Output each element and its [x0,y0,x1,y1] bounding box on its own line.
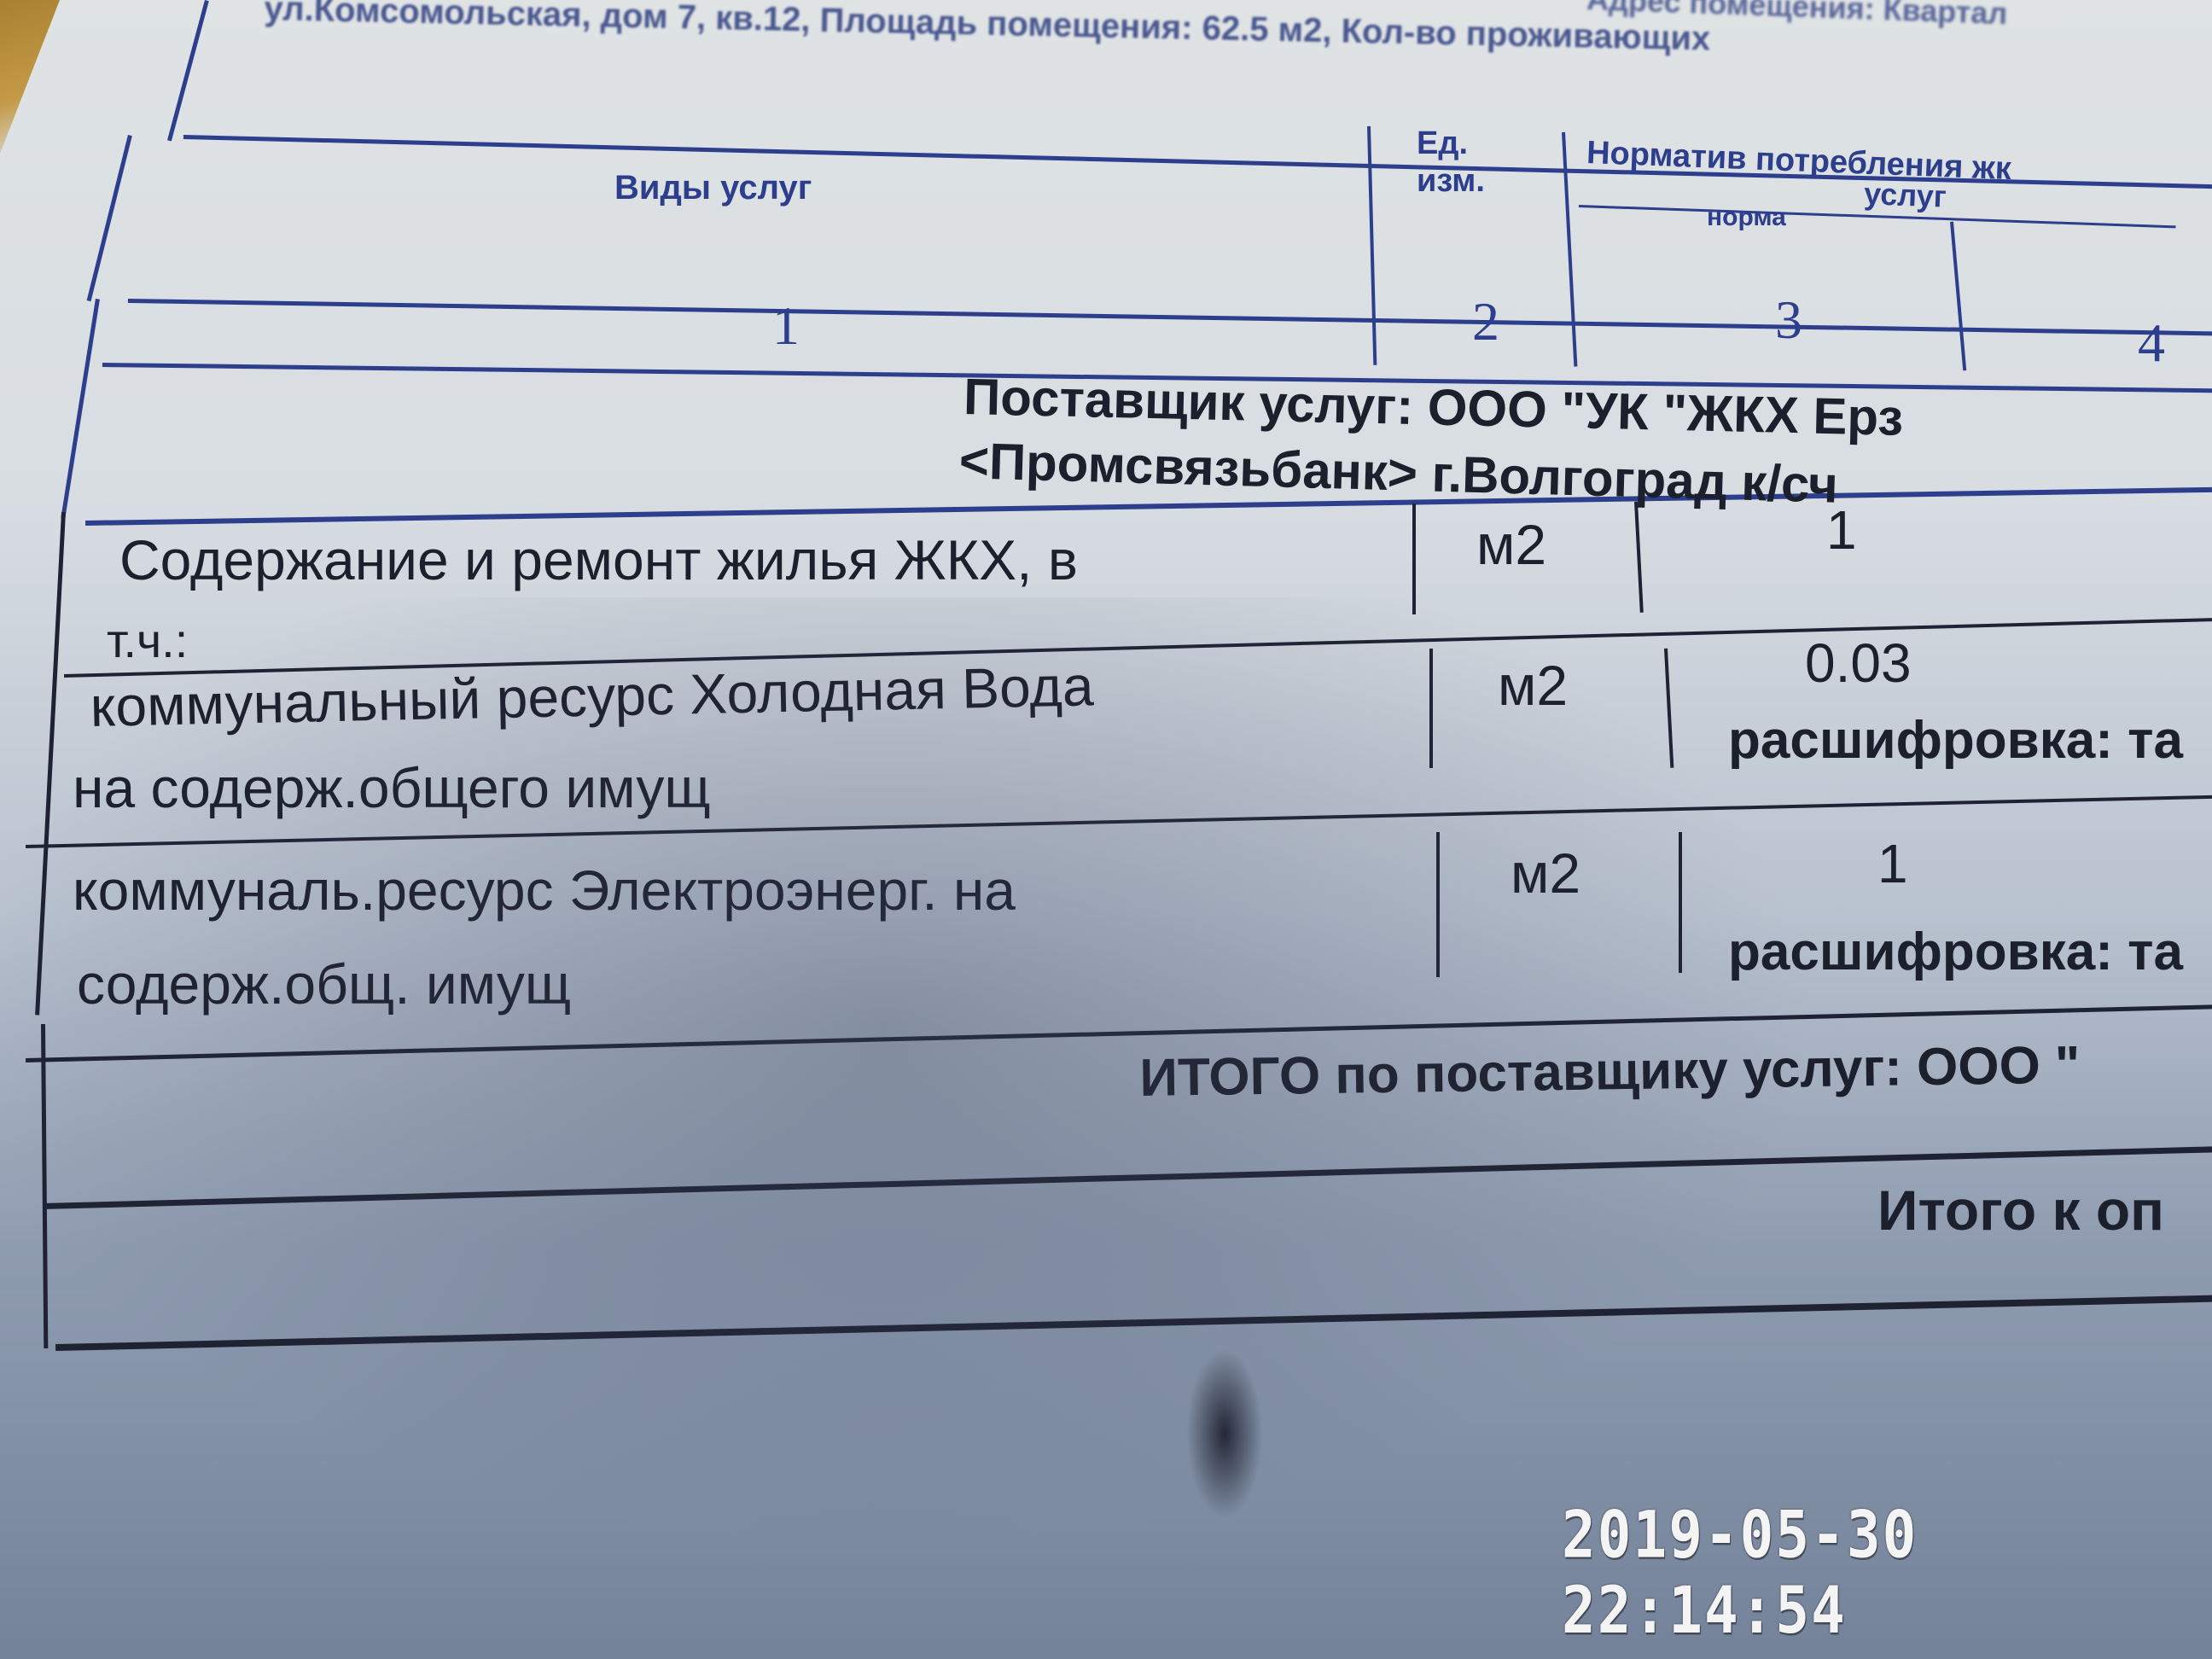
row-decode: расшифровка: та [1728,710,2183,771]
row-service-line2: содерж.общ. имущ [77,952,571,1016]
row-norm: 1 [1877,832,1908,895]
row-unit: м2 [1476,512,1546,577]
header-unit: Ед. изм. [1417,125,1485,200]
table-border-left-bottom [41,1024,48,1348]
utility-bill-sheet: ул.Комсомольская, дом 7, кв.12, Площадь … [0,0,2212,1659]
photo-timestamp: 2019-05-30 22:14:54 [1562,1497,2212,1648]
row-norm: 0.03 [1805,632,1912,695]
col-divider-1-row3 [1436,832,1440,977]
header-norm-sub: норма [1707,203,1786,232]
header-services: Виды услуг [614,169,812,207]
total-payable: Итого к оп [1877,1178,2164,1243]
header-unit-line2: изм. [1417,162,1485,200]
row-service-line1: Содержание и ремонт жилья ЖКХ, в [119,527,1078,592]
row-service-line1: коммуналь.ресурс Электроэнерг. на [73,858,1016,923]
header-bottom-rule [128,299,2212,335]
col-divider-3-header [1950,222,1966,371]
col-divider-2-row1 [1634,502,1644,613]
header-unit-line1: Ед. [1417,125,1485,162]
row-decode: расшифровка: та [1728,922,2183,982]
header-norm-line2: услуг [1863,176,1947,215]
col-divider-2-row2 [1664,649,1674,768]
column-number-2: 2 [1472,290,1499,353]
column-number-4: 4 [2138,311,2165,375]
ink-blot [1186,1348,1263,1519]
table-border-left-mid [61,299,100,519]
column-number-3: 3 [1775,288,1802,352]
table-border-left-upper [87,135,132,301]
address-line: ул.Комсомольская, дом 7, кв.12, Площадь … [264,0,1711,58]
row-norm: 1 [1826,498,1857,562]
col-divider-2-row3 [1679,832,1682,973]
table-border-left-lower [35,512,66,1015]
total-by-supplier: ИТОГО по поставщику услуг: ООО " [1139,1035,2081,1109]
column-number-1: 1 [772,294,800,358]
row-service-line2: на содерж.общего имущ [73,755,711,820]
row-service-line1: коммунальный ресурс Холодная Вода [90,653,1094,739]
table-bottom-rule [55,1295,2212,1351]
col-divider-1-row1 [1412,504,1416,614]
col-divider-1-row2 [1429,649,1433,768]
header-norm: Норматив потребления жк [1586,135,2011,188]
table-border-left-top [167,0,209,142]
col-divider-1-header [1367,126,1377,365]
row-unit: м2 [1498,653,1568,718]
col-divider-2-header [1562,132,1577,367]
supplier-bank: <Промсвязьбанк> г.Волгоград к/сч [958,431,1839,515]
row-service-line2: т.ч.: [107,613,188,668]
row-unit: м2 [1511,841,1580,905]
